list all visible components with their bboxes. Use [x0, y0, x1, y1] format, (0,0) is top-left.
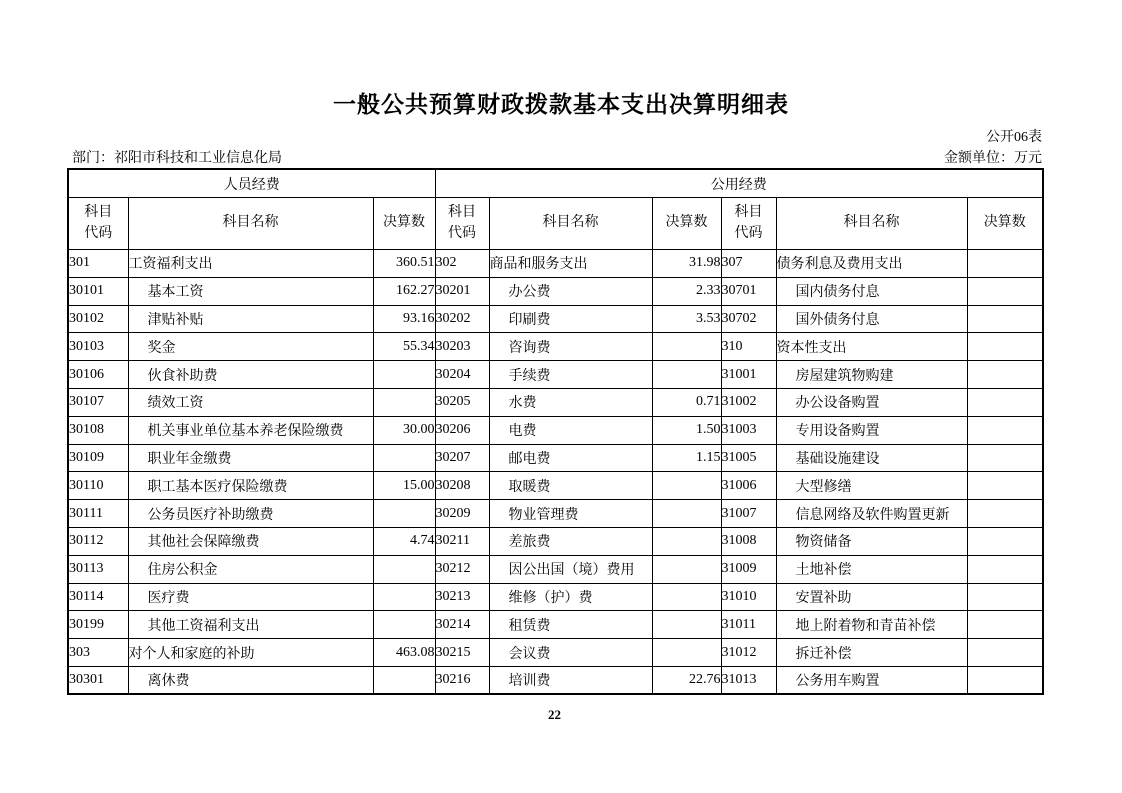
- page-title: 一般公共预算财政拨款基本支出决算明细表: [0, 86, 1122, 119]
- final-amount-cell: [652, 472, 721, 500]
- final-amount-cell: [373, 666, 435, 694]
- subject-code-cell: 301: [68, 250, 128, 278]
- final-amount-cell: [967, 527, 1043, 555]
- subject-name-cell: 因公出国（境）费用: [489, 555, 652, 583]
- form-number-label: 公开06表: [67, 126, 1042, 146]
- subject-name-cell: 手续费: [489, 361, 652, 389]
- subject-name-cell: 物业管理费: [489, 500, 652, 528]
- subject-name-cell: 资本性支出: [776, 333, 967, 361]
- column-header-row: 科目代码科目名称决算数科目代码科目名称决算数科目代码科目名称决算数: [68, 198, 1043, 250]
- subject-code-cell: 30199: [68, 611, 128, 639]
- subject-code-cell: 30214: [435, 611, 489, 639]
- subject-name-cell: 差旅费: [489, 527, 652, 555]
- final-amount-cell: [967, 500, 1043, 528]
- column-header-code: 科目代码: [435, 198, 489, 250]
- subject-code-cell: 30212: [435, 555, 489, 583]
- subject-name-cell: 基本工资: [128, 277, 373, 305]
- table-row: 30101基本工资162.2730201办公费2.3330701国内债务付息: [68, 277, 1043, 305]
- subject-code-cell: 30702: [721, 305, 776, 333]
- column-header-code-text: 科目代码: [734, 203, 763, 244]
- table-row: 30112其他社会保障缴费4.7430211差旅费31008物资储备: [68, 527, 1043, 555]
- subject-code-cell: 30201: [435, 277, 489, 305]
- final-amount-cell: [652, 611, 721, 639]
- subject-name-cell: 电费: [489, 416, 652, 444]
- final-amount-cell: [967, 555, 1043, 583]
- subject-name-cell: 咨询费: [489, 333, 652, 361]
- final-amount-cell: [967, 416, 1043, 444]
- final-amount-cell: [967, 333, 1043, 361]
- table-row: 30110职工基本医疗保险缴费15.0030208取暖费31006大型修缮: [68, 472, 1043, 500]
- subject-name-cell: 国外债务付息: [776, 305, 967, 333]
- table-row: 30103奖金55.3430203咨询费310资本性支出: [68, 333, 1043, 361]
- subject-name-cell: 商品和服务支出: [489, 250, 652, 278]
- subject-code-cell: 31013: [721, 666, 776, 694]
- column-header-value: 决算数: [652, 198, 721, 250]
- subject-name-cell: 维修（护）费: [489, 583, 652, 611]
- table-row: 30113住房公积金30212因公出国（境）费用31009土地补偿: [68, 555, 1043, 583]
- section-public-expenses: 公用经费: [435, 169, 1043, 198]
- final-amount-cell: 1.50: [652, 416, 721, 444]
- section-header-row: 人员经费 公用经费: [68, 169, 1043, 198]
- final-amount-cell: [652, 527, 721, 555]
- final-amount-cell: [652, 555, 721, 583]
- column-header-code: 科目代码: [68, 198, 128, 250]
- final-amount-cell: [373, 388, 435, 416]
- final-amount-cell: [967, 305, 1043, 333]
- subject-code-cell: 30208: [435, 472, 489, 500]
- final-amount-cell: 360.51: [373, 250, 435, 278]
- final-amount-cell: [967, 666, 1043, 694]
- department-line: 部门：祁阳市科技和工业信息化局: [67, 147, 282, 167]
- table-row: 30102津贴补贴93.1630202印刷费3.5330702国外债务付息: [68, 305, 1043, 333]
- final-amount-cell: 0.71: [652, 388, 721, 416]
- final-amount-cell: [967, 639, 1043, 667]
- final-amount-cell: 162.27: [373, 277, 435, 305]
- table-row: 30108机关事业单位基本养老保险缴费30.0030206电费1.5031003…: [68, 416, 1043, 444]
- column-header-value: 决算数: [967, 198, 1043, 250]
- subject-name-cell: 大型修缮: [776, 472, 967, 500]
- final-amount-cell: [373, 555, 435, 583]
- final-amount-cell: 463.08: [373, 639, 435, 667]
- subject-name-cell: 公务员医疗补助缴费: [128, 500, 373, 528]
- subject-code-cell: 30204: [435, 361, 489, 389]
- subject-name-cell: 信息网络及软件购置更新: [776, 500, 967, 528]
- subject-name-cell: 离休费: [128, 666, 373, 694]
- subject-name-cell: 专用设备购置: [776, 416, 967, 444]
- subject-name-cell: 办公费: [489, 277, 652, 305]
- final-amount-cell: [967, 361, 1043, 389]
- subject-code-cell: 30215: [435, 639, 489, 667]
- subject-code-cell: 30113: [68, 555, 128, 583]
- subject-name-cell: 物资储备: [776, 527, 967, 555]
- subject-code-cell: 31008: [721, 527, 776, 555]
- table-row: 301工资福利支出360.51302商品和服务支出31.98307债务利息及费用…: [68, 250, 1043, 278]
- table-row: 30114医疗费30213维修（护）费31010安置补助: [68, 583, 1043, 611]
- subject-name-cell: 国内债务付息: [776, 277, 967, 305]
- subject-name-cell: 机关事业单位基本养老保险缴费: [128, 416, 373, 444]
- final-amount-cell: [652, 361, 721, 389]
- column-header-value: 决算数: [373, 198, 435, 250]
- subject-code-cell: 30205: [435, 388, 489, 416]
- subject-code-cell: 30107: [68, 388, 128, 416]
- subject-name-cell: 债务利息及费用支出: [776, 250, 967, 278]
- subject-code-cell: 30108: [68, 416, 128, 444]
- unit-value: 万元: [1014, 151, 1042, 166]
- table-row: 30199其他工资福利支出30214租赁费31011地上附着物和青苗补偿: [68, 611, 1043, 639]
- subject-name-cell: 基础设施建设: [776, 444, 967, 472]
- final-amount-cell: 15.00: [373, 472, 435, 500]
- column-header-name: 科目名称: [776, 198, 967, 250]
- final-amount-cell: 22.76: [652, 666, 721, 694]
- column-header-code: 科目代码: [721, 198, 776, 250]
- final-amount-cell: [967, 472, 1043, 500]
- subject-name-cell: 伙食补助费: [128, 361, 373, 389]
- final-amount-cell: [652, 639, 721, 667]
- budget-table: 人员经费 公用经费 科目代码科目名称决算数科目代码科目名称决算数科目代码科目名称…: [67, 168, 1044, 695]
- subject-code-cell: 30101: [68, 277, 128, 305]
- subject-code-cell: 30213: [435, 583, 489, 611]
- subject-code-cell: 30106: [68, 361, 128, 389]
- final-amount-cell: 4.74: [373, 527, 435, 555]
- subject-code-cell: 30701: [721, 277, 776, 305]
- final-amount-cell: [967, 583, 1043, 611]
- subject-name-cell: 印刷费: [489, 305, 652, 333]
- subject-code-cell: 310: [721, 333, 776, 361]
- subject-name-cell: 津贴补贴: [128, 305, 373, 333]
- subject-code-cell: 31003: [721, 416, 776, 444]
- subject-name-cell: 公务用车购置: [776, 666, 967, 694]
- subject-code-cell: 30301: [68, 666, 128, 694]
- final-amount-cell: [967, 250, 1043, 278]
- subject-code-cell: 30209: [435, 500, 489, 528]
- final-amount-cell: 1.15: [652, 444, 721, 472]
- subject-name-cell: 地上附着物和青苗补偿: [776, 611, 967, 639]
- subject-code-cell: 31002: [721, 388, 776, 416]
- meta-row: 部门：祁阳市科技和工业信息化局 金额单位：万元: [67, 147, 1042, 167]
- subject-name-cell: 土地补偿: [776, 555, 967, 583]
- final-amount-cell: [373, 500, 435, 528]
- subject-code-cell: 30111: [68, 500, 128, 528]
- final-amount-cell: [967, 388, 1043, 416]
- department-name: 祁阳市科技和工业信息化局: [114, 151, 282, 166]
- final-amount-cell: [967, 277, 1043, 305]
- subject-name-cell: 其他工资福利支出: [128, 611, 373, 639]
- subject-name-cell: 租赁费: [489, 611, 652, 639]
- final-amount-cell: [652, 583, 721, 611]
- subject-code-cell: 30206: [435, 416, 489, 444]
- subject-code-cell: 30109: [68, 444, 128, 472]
- final-amount-cell: 2.33: [652, 277, 721, 305]
- final-amount-cell: 55.34: [373, 333, 435, 361]
- subject-name-cell: 拆迁补偿: [776, 639, 967, 667]
- subject-code-cell: 30207: [435, 444, 489, 472]
- final-amount-cell: 93.16: [373, 305, 435, 333]
- table-row: 303对个人和家庭的补助463.0830215会议费31012拆迁补偿: [68, 639, 1043, 667]
- final-amount-cell: [373, 361, 435, 389]
- subject-code-cell: 30203: [435, 333, 489, 361]
- final-amount-cell: [652, 333, 721, 361]
- subject-code-cell: 307: [721, 250, 776, 278]
- subject-code-cell: 30102: [68, 305, 128, 333]
- column-header-code-text: 科目代码: [84, 203, 113, 244]
- final-amount-cell: [373, 611, 435, 639]
- table-row: 30106伙食补助费30204手续费31001房屋建筑物购建: [68, 361, 1043, 389]
- subject-code-cell: 30211: [435, 527, 489, 555]
- table-row: 30107绩效工资30205水费0.7131002办公设备购置: [68, 388, 1043, 416]
- final-amount-cell: [373, 444, 435, 472]
- subject-name-cell: 邮电费: [489, 444, 652, 472]
- table-row: 30111公务员医疗补助缴费30209物业管理费31007信息网络及软件购置更新: [68, 500, 1043, 528]
- subject-name-cell: 职工基本医疗保险缴费: [128, 472, 373, 500]
- document-page: 一般公共预算财政拨款基本支出决算明细表 公开06表 部门：祁阳市科技和工业信息化…: [0, 0, 1122, 793]
- column-header-name: 科目名称: [128, 198, 373, 250]
- table-row: 30301离休费30216培训费22.7631013公务用车购置: [68, 666, 1043, 694]
- unit-label: 金额单位：: [944, 151, 1014, 166]
- final-amount-cell: [373, 583, 435, 611]
- final-amount-cell: 3.53: [652, 305, 721, 333]
- subject-code-cell: 31010: [721, 583, 776, 611]
- subject-name-cell: 绩效工资: [128, 388, 373, 416]
- subject-name-cell: 取暖费: [489, 472, 652, 500]
- subject-name-cell: 工资福利支出: [128, 250, 373, 278]
- subject-code-cell: 30103: [68, 333, 128, 361]
- final-amount-cell: [967, 444, 1043, 472]
- page-number: 22: [67, 707, 1042, 723]
- section-personnel-expenses: 人员经费: [68, 169, 435, 198]
- subject-name-cell: 其他社会保障缴费: [128, 527, 373, 555]
- subject-code-cell: 30216: [435, 666, 489, 694]
- subject-code-cell: 303: [68, 639, 128, 667]
- subject-name-cell: 安置补助: [776, 583, 967, 611]
- subject-name-cell: 培训费: [489, 666, 652, 694]
- subject-code-cell: 30110: [68, 472, 128, 500]
- subject-name-cell: 办公设备购置: [776, 388, 967, 416]
- subject-code-cell: 30202: [435, 305, 489, 333]
- subject-code-cell: 31006: [721, 472, 776, 500]
- subject-code-cell: 31011: [721, 611, 776, 639]
- subject-name-cell: 会议费: [489, 639, 652, 667]
- final-amount-cell: [967, 611, 1043, 639]
- subject-name-cell: 职业年金缴费: [128, 444, 373, 472]
- subject-name-cell: 房屋建筑物购建: [776, 361, 967, 389]
- subject-name-cell: 对个人和家庭的补助: [128, 639, 373, 667]
- department-label: 部门：: [72, 151, 114, 166]
- subject-code-cell: 31005: [721, 444, 776, 472]
- subject-code-cell: 31012: [721, 639, 776, 667]
- final-amount-cell: 31.98: [652, 250, 721, 278]
- subject-name-cell: 医疗费: [128, 583, 373, 611]
- unit-line: 金额单位：万元: [944, 147, 1042, 167]
- subject-code-cell: 30112: [68, 527, 128, 555]
- subject-code-cell: 30114: [68, 583, 128, 611]
- subject-name-cell: 住房公积金: [128, 555, 373, 583]
- table-row: 30109职业年金缴费30207邮电费1.1531005基础设施建设: [68, 444, 1043, 472]
- final-amount-cell: [652, 500, 721, 528]
- subject-name-cell: 奖金: [128, 333, 373, 361]
- subject-code-cell: 302: [435, 250, 489, 278]
- subject-name-cell: 水费: [489, 388, 652, 416]
- subject-code-cell: 31009: [721, 555, 776, 583]
- subject-code-cell: 31007: [721, 500, 776, 528]
- column-header-code-text: 科目代码: [447, 203, 476, 244]
- subject-code-cell: 31001: [721, 361, 776, 389]
- final-amount-cell: 30.00: [373, 416, 435, 444]
- column-header-name: 科目名称: [489, 198, 652, 250]
